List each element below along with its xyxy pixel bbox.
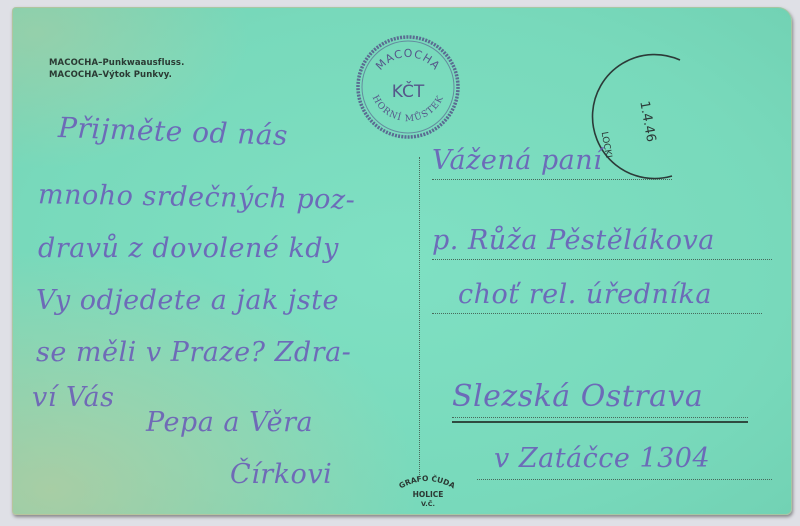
stamp-top-text: MACOCHA — [373, 47, 443, 73]
address-line-4-underline — [452, 421, 748, 423]
signature-family: Čírkovi — [230, 459, 332, 490]
message-line-6: ví Vás — [32, 382, 114, 413]
message-line-3: dravů z dovolené kdy — [38, 233, 339, 264]
printer-name: GRAFO ČUDA — [397, 474, 456, 491]
message-line-1: Přijměte od nás — [57, 111, 288, 152]
address-line-2-rule — [432, 259, 772, 260]
printer-city: HOLICE — [413, 490, 444, 499]
message-line-5: se měli v Praze? Zdra- — [36, 337, 351, 368]
signature-names: Pepa a Věra — [146, 407, 313, 438]
address-line-4-rule — [452, 417, 748, 418]
address-title: choť rel. úředníka — [458, 279, 712, 310]
svg-text:MACOCHA: MACOCHA — [373, 47, 443, 73]
printed-caption: MACOCHA–Punkwaausfluss. MACOCHA–Výtok Pu… — [49, 57, 184, 81]
postmark-date: 1.4.46 — [636, 100, 658, 143]
address-city: Slezská Ostrava — [452, 379, 703, 414]
address-line-5-rule — [477, 479, 772, 480]
address-salutation: Vážená paní — [432, 145, 602, 176]
address-line-3-rule — [432, 313, 762, 314]
message-line-4: Vy odjedete a jak jste — [36, 285, 339, 316]
postcard: MACOCHA–Punkwaausfluss. MACOCHA–Výtok Pu… — [12, 7, 792, 515]
address-name: p. Růža Pěstělákova — [432, 225, 715, 256]
printer-region: V.Č. — [421, 499, 435, 508]
printer-mark: GRAFO ČUDA HOLICE V.Č. — [392, 467, 462, 512]
caption-line-2: MACOCHA–Výtok Punkvy. — [49, 69, 184, 81]
svg-text:GRAFO ČUDA: GRAFO ČUDA — [397, 474, 456, 491]
kct-rubber-stamp: MACOCHA KČT HORNÍ MŮSTEK — [354, 33, 462, 141]
address-line-1-rule — [432, 179, 672, 180]
divider-line — [419, 157, 420, 477]
message-line-2: mnoho srdečných poz- — [38, 179, 356, 216]
stamp-center-text: KČT — [392, 80, 425, 102]
caption-line-1: MACOCHA–Punkwaausfluss. — [49, 57, 184, 69]
address-street: v Zatáčce 1304 — [494, 443, 710, 474]
